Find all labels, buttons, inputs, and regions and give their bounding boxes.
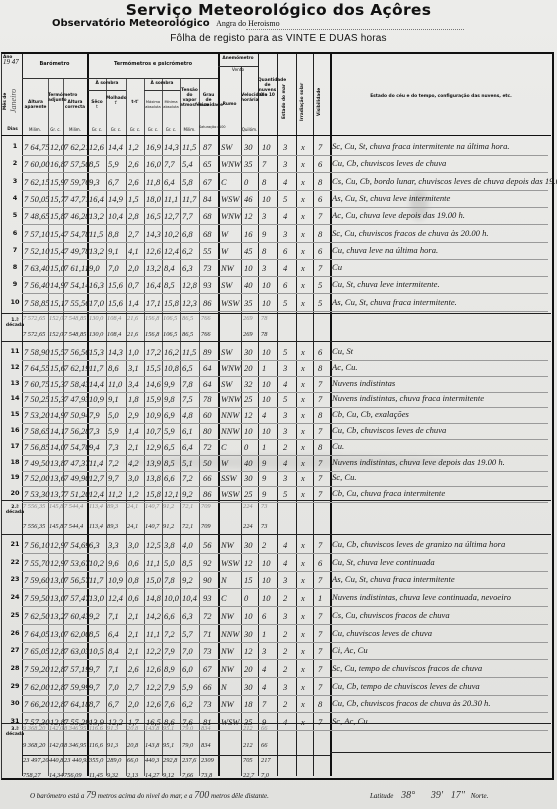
decade-1-draft-sum: 86,5 [182,315,193,322]
day-number: 31 [8,717,22,725]
anemometer-heading: Anemómetro [218,56,258,61]
irradiation-value: x [301,280,305,290]
day-number: 8 [8,263,22,271]
cloud-amount-value: 2 [262,540,266,550]
vapour-tension-value: 6,2 [182,246,193,256]
table-row: 307 66,2012,87 64,188,76,72,012,67,66,27… [0,697,552,713]
decade-2-sum: 91,2 [163,523,174,530]
wind-speed-value: 40 [244,458,253,468]
irradiation-value: x [301,540,305,550]
sea-state-value: 3 [283,142,287,152]
sky-observation-text: Cu, Cb, chuviscos leves de granizo na úl… [332,539,505,549]
wind-speed-value: 18 [244,699,253,709]
sea-state-value: 3 [283,426,287,436]
day-number: 13 [8,379,22,387]
corrected-height-value: 7 62,00 [64,629,90,639]
month-mean: 9,12 [163,772,174,779]
min-temp-value: 7,8 [164,575,175,585]
decade-3-draft-sum: 8 346,95 [64,725,86,732]
min-temp-value: 7,7 [164,159,175,169]
sky-observation-text: Cu, Cb, chuviscos leves de chuva [332,425,446,435]
decade-3-sum-clouds: 66 [261,742,267,749]
decade-2-sum: 145,8 [49,523,63,530]
attached-temp-value: 14,1 [50,426,65,436]
shade-header-1: À sombra [88,81,126,86]
min-temp-value: 5,9 [164,426,175,436]
irradiation-value: x [301,717,305,727]
sea-state-value: 3 [283,410,287,420]
month-mean: 756,09 [64,772,82,779]
apparent-height-value: 7 50,05 [24,194,50,204]
wind-speed-value: 46 [244,194,253,204]
wind-direction-value: C [221,442,227,452]
cloud-amount-value: 10 [262,575,271,585]
humidity-value: 73 [203,646,212,656]
unit-gr: Gr. c. [88,127,106,132]
vapour-tension-value: 11,5 [182,142,196,152]
min-temp-value: 12,4 [164,246,179,256]
row-rule [22,695,548,696]
table-row: 117 58,9015,57 56,5615,314,31,017,216,21… [0,345,552,361]
sky-observation-text: Cu. [332,441,344,451]
min-temp-value: 12,1 [164,489,179,499]
attached-temp-value: 12,8 [50,664,65,674]
temp-difference-value: 2,0 [128,699,139,709]
day-number: 22 [8,558,22,566]
day-number: 10 [8,298,22,306]
dry-temp-value: 15,3 [89,347,104,357]
vapour-tension-value: 8,5 [182,558,193,568]
wet-temp-value: 9,6 [108,558,119,568]
row-rule [22,712,548,713]
decade-1-sum: 21,6 [127,331,138,338]
cloud-amount-value: 6 [262,611,266,621]
month-mean: 14,27 [145,772,159,779]
decade-line [1,341,551,342]
dry-temp-value: 7,3 [89,426,100,436]
attached-temp-value: 12,8 [50,646,65,656]
attached-temp-value: 13,8 [50,458,65,468]
cloud-amount-value: 1 [262,629,266,639]
sea-state-value: 2 [283,699,287,709]
sea-state-value: 3 [283,159,287,169]
max-temp-value: 14,8 [146,593,161,603]
humidity-value: 67 [203,664,212,674]
wind-speed-value: 0 [244,593,248,603]
wind-speed-value: 0 [244,177,248,187]
attached-temp-value: 13,7 [50,489,65,499]
corrected-height-value: 7 56,57 [64,575,90,585]
vapour-tension-value: 11,7 [182,194,196,204]
wind-direction-value: WNW [221,211,241,221]
humidity-value: 60 [203,410,212,420]
apparent-height-value: 7 53,30 [24,489,50,499]
min-temp-value: 6,9 [164,410,175,420]
visibility-value: 8 [318,442,322,452]
table-row: 217 56,1012,97 54,696,33,33,012,53,84,05… [0,538,552,554]
dry-temp-value: 9,7 [89,664,100,674]
month-total-sum: 23 440,93 [64,757,90,764]
day-number: 14 [8,394,22,402]
day-number: 29 [8,682,22,690]
month-total-sum-clouds: 217 [261,757,271,764]
vapour-tension-value: 4,0 [182,540,193,550]
decade-3-draft-sum: 79,0 [182,725,193,732]
sea-state-value: 5 [283,298,287,308]
visibility-value: 6 [318,159,322,169]
max-temp-value: 18,0 [146,194,161,204]
attached-temp-value: 15,5 [50,347,65,357]
day-number: 6 [8,229,22,237]
temp-difference-value: 0,7 [128,280,139,290]
sky-observation-text: Cu, Cb, chuviscos leves de chuva [332,158,446,168]
decade-3-sum: 20,8 [127,742,138,749]
day-number: 19 [8,473,22,481]
table-row: 177 56,8514,07 54,709,47,32,112,96,56,47… [0,440,552,456]
max-temp-value: 10,7 [146,426,161,436]
day-number: 24 [8,593,22,601]
corrected-height-value: 7 57,50 [64,159,90,169]
apparent-height-value: 7 64,75 [24,142,50,152]
wind-direction-value: NW [221,664,234,674]
wind-speed-value: 16 [244,229,253,239]
day-number: 27 [8,646,22,654]
temp-difference-value: 3,0 [128,540,139,550]
header-divider [22,78,218,79]
max-temp-value: 13,2 [146,263,161,273]
corrected-height-value: 7 64,18 [64,699,90,709]
wet-temp-value: 14,4 [108,142,123,152]
min-temp-value: 7,2 [164,629,175,639]
humidity-value: 73 [203,263,212,273]
attached-temp-value: 12,8 [50,699,65,709]
wet-temp-value: 7,0 [108,263,119,273]
dry-temp-value: 6,3 [89,540,100,550]
attached-temp-value: 15,0 [50,263,65,273]
vapour-tension-value: 6,5 [182,363,193,373]
day-number: 4 [8,194,22,202]
day-number: 12 [8,363,22,371]
table-row: 157 53,2014,97 50,947,95,02,910,96,94,86… [0,408,552,424]
decade-2-sum: 709 [201,523,211,530]
decade-1-sum: 108,4 [107,331,121,338]
min-temp-value: 7,6 [164,699,175,709]
corrected-height-value: 7 63,03 [64,646,90,656]
irradiation-value: x [301,263,305,273]
visibility-value: 7 [318,575,322,585]
month-total-sum-wind: 705 [243,757,253,764]
temp-difference-value: 1,4 [128,426,139,436]
humidity-value: 73 [203,699,212,709]
temp-difference-value: 2,0 [128,263,139,273]
max-temp-value: 16,5 [146,211,161,221]
corrected-height-value: 7 57,19 [64,664,90,674]
table-row: 197 52,0013,67 49,9012,79,73,013,86,67,2… [0,471,552,487]
cloud-amount-value: 3 [262,211,266,221]
vapour-tension-value: 12,3 [182,298,197,308]
humidity-value: 92 [203,558,212,568]
max-temp-value: 13,8 [146,473,161,483]
humidity-value: 67 [203,177,212,187]
irradiation-value: x [301,379,305,389]
corrected-height-value: 7 58,43 [64,379,90,389]
sea-state-value: 3 [283,575,287,585]
sky-observation-text: Cu, St [332,346,353,356]
cloud-amount-value: 1 [262,363,266,373]
visibility-value: 6 [318,347,322,357]
day-number: 28 [8,664,22,672]
dry-temp-value: 10,5 [89,646,104,656]
wind-direction-value: WSW [221,558,239,568]
cloud-amount-value: 10 [262,593,271,603]
sea-state-value: 2 [283,664,287,674]
wind-speed-value: 30 [244,629,253,639]
humidity-value: 86 [203,298,212,308]
irradiation-value: x [301,347,305,357]
difference-header: t-t' [126,100,144,105]
dry-temp-value: 12,6 [89,142,104,152]
attached-temp-value: 12,8 [50,682,65,692]
vapour-tension-value: 6,4 [182,442,193,452]
min-temp-value: 12,7 [164,211,179,221]
temp-difference-value: 2,6 [128,664,139,674]
dry-temp-value: 12,4 [89,489,104,499]
header-bottom-line [1,135,551,136]
month-mean: 11,45 [89,772,103,779]
humidity-value: 71 [203,629,212,639]
table-row: 227 55,7012,97 53,6710,29,60,611,15,08,5… [0,556,552,572]
dry-temp-value: 13,2 [89,246,104,256]
max-temp-value: 15,8 [146,489,161,499]
month-mean: 14,34 [49,772,63,779]
humidity-value: 87 [203,142,212,152]
direction-header: Rumo [218,102,241,107]
wind-direction-value: WNW [221,394,241,404]
temp-difference-value: 2,8 [128,211,139,221]
header-divider [144,90,180,91]
wet-temp-value: 7,3 [108,442,119,452]
corrected-height-value: 7 51,20 [64,489,90,499]
unit-mm: Milim. [63,127,87,132]
dry-temp-value: 13,0 [89,593,104,603]
thermometers-heading: Termómetros e psicrómetro [88,62,218,67]
decade-1-sum: 7 572,65 [23,331,45,338]
wet-temp-value: 5,9 [108,426,119,436]
decade-3-draft-sum: 143,8 [145,725,159,732]
sea-state-value: 5 [283,394,287,404]
decade-1-draft-sum: 7 572,65 [23,315,45,322]
wet-temp-value: 10,4 [108,211,123,221]
vapour-tension-value: 4,8 [182,410,193,420]
wet-temp-value: 7,1 [108,664,119,674]
wind-speed-value: 25 [244,394,253,404]
decade-2-sum-wind: 224 [243,523,253,530]
decade-3-draft-sum: 142,0 [49,725,63,732]
decade-1-sum-wind: 269 [243,331,253,338]
sky-observation-text: Nuvens indistintas [332,378,395,388]
min-temp-value: 10,0 [164,593,179,603]
wind-speed-value: 35 [244,159,253,169]
cloud-amount-value: 10 [262,558,271,568]
attached-temp-value: 14,0 [50,442,65,452]
attached-temp-value: 15,6 [50,363,65,373]
irradiation-value: x [301,246,305,256]
sea-state-value: 4 [283,379,287,389]
month-total-sum: 292,8 [163,757,177,764]
dry-temp-value: 7,9 [89,410,100,420]
row-rule [22,276,548,277]
dry-header: Sêcot [88,100,106,110]
decade-2-sum: 89,3 [107,523,118,530]
month-total-sum: 23 497,20 [23,757,49,764]
decade-1-draft-sum: 7 548,85 [64,315,86,322]
vapour-tension-value: 6,8 [182,229,193,239]
sky-observation-text: Ci, Ac, Cu [332,645,368,655]
decade-1-sum-clouds: 78 [261,331,267,338]
irradiation-value: x [301,298,305,308]
wind-direction-value: NW [221,611,234,621]
decade-1-sum: 130,0 [89,331,103,338]
unit-mm: Milim. [22,127,48,132]
attached-temp-value: 13,0 [50,593,65,603]
corrected-height-value: 7 57,47 [64,593,90,603]
wet-temp-value: 11,0 [108,379,122,389]
dry-temp-value: 8,5 [89,159,100,169]
corrected-height-value: 7 60,43 [64,611,90,621]
apparent-height-value: 7 64,05 [24,629,50,639]
visibility-value: 7 [318,682,322,692]
wind-speed-value: 10 [244,611,253,621]
humidity-value: 80 [203,426,212,436]
decade-3-draft-sum: 95,1 [163,725,174,732]
dry-temp-value: 9,2 [89,611,100,621]
max-temp-value: 12,6 [146,246,161,256]
max-temp-value: 14,2 [146,611,161,621]
attached-temp-value: 15,3 [50,379,65,389]
temp-difference-value: 0,6 [128,593,139,603]
sea-state-value: 3 [283,682,287,692]
cloud-amount-value: 10 [262,298,271,308]
visibility-value: 7 [318,211,322,221]
wind-speed-value: 15 [244,575,253,585]
day-number: 2 [8,159,22,167]
irradiation-value: x [301,646,305,656]
decade-2-sum: 140,7 [145,523,159,530]
temp-difference-value: 3,4 [128,379,139,389]
max-temp-value: 16,0 [146,159,161,169]
wet-temp-value: 9,7 [108,473,119,483]
corrected-height-value: 7 49,78 [64,246,90,256]
row-rule [22,242,548,243]
visibility-value: 7 [318,489,322,499]
latitude-seconds: 17" [451,790,465,801]
min-temp-value: 6,5 [164,442,175,452]
decade-1-sum: 766 [201,331,211,338]
day-number: 23 [8,575,22,583]
sea-state-value: 2 [283,629,287,639]
visibility-value: 5 [318,280,322,290]
wind-direction-value: WSW [221,717,239,727]
visibility-value: 8 [318,699,322,709]
vapour-tension-value: 9,2 [182,489,193,499]
decade-1-draft-sum: 152,0 [49,315,63,322]
barometer-height: 79 [86,790,96,801]
table-row: 37 62,1515,97 59,769,36,72,611,86,45,867… [0,175,552,191]
max-temp-value: 12,2 [146,682,161,692]
min-temp-value: 9,8 [164,394,175,404]
table-row: 77 52,1015,47 49,7813,29,14,112,612,46,2… [0,244,552,260]
cloud-amount-value: 9 [262,229,266,239]
sky-observation-text: Sc, Cu, chuviscos fracos de chuva às 20.… [332,228,489,238]
wet-temp-value: 8,8 [108,229,119,239]
visibility-value: 7 [318,142,322,152]
irradiation-value: x [301,458,305,468]
apparent-height-value: 7 55,70 [24,558,50,568]
decade-3-draft-sum-clouds: 66 [261,725,267,732]
month-total-sum: 66,0 [127,757,138,764]
table-row: 57 48,6515,87 46,2813,210,42,816,512,77,… [0,209,552,225]
unit-gr: Gr. c. [48,127,63,132]
day-number: 16 [8,426,22,434]
vapour-tension-value: 12,8 [182,280,197,290]
row-rule [22,207,548,208]
attached-temp-value: 15,4 [50,246,65,256]
month-total-sum: 237,6 [182,757,196,764]
min-temp-value: 10,2 [164,229,179,239]
dry-temp-value: 11,7 [89,363,103,373]
cloud-amount-value: 10 [262,394,271,404]
cloud-amount-value: 4 [262,664,266,674]
wet-temp-value: 12,4 [108,593,123,603]
attached-temp-value: 13,2 [50,611,65,621]
decade-3-sum: 834 [201,742,211,749]
wet-temp-value: 15,6 [108,280,123,290]
temp-difference-value: 1,5 [128,194,139,204]
decade-3-sum: 142,0 [49,742,63,749]
cloud-amount-value: 7 [262,699,266,709]
sky-observation-text: As, Cu, St, chuva leve intermitente [332,193,450,203]
humidity-value: 66 [203,682,212,692]
cloud-amount-value: 7 [262,159,266,169]
cloud-amount-value: 4 [262,682,266,692]
visibility-value: 7 [318,379,322,389]
visibility-header: Visibilidade [317,82,325,122]
table-row: 137 60,7515,37 58,4314,411,03,414,69,97,… [0,377,552,393]
sky-observation-text: Nuvens indistintas, chuva leve depois da… [332,457,505,467]
corrected-height-value: 7 59,76 [64,177,90,187]
temp-difference-value: 2,7 [128,229,139,239]
month-total-sum: 440,3 [145,757,159,764]
apparent-height-value: 7 56,85 [24,442,50,452]
cloud-amount-value: 1 [262,442,266,452]
table-row: 67 57,1015,47 54,7811,58,82,714,310,26,8… [0,227,552,243]
sheet-title: Fôlha de registo para as VINTE E DUAS ho… [0,33,557,44]
vapour-tension-value: 5,8 [182,177,193,187]
apparent-height-value: 7 65,05 [24,646,50,656]
temp-difference-value: 0,6 [128,558,139,568]
sea-state-value: 6 [283,246,287,256]
apparent-height-value: 7 56,10 [24,540,50,550]
apparent-height-value: 7 48,65 [24,211,50,221]
corrected-height-value: 7 56,56 [64,347,90,357]
solar-irradiation-header: Irradiação solar [300,78,308,126]
decade-2-sum: 113,4 [89,523,103,530]
table-row: 287 59,2012,87 57,199,77,12,612,68,96,06… [0,662,552,678]
max-temp-value: 11,1 [146,558,160,568]
min-temp-value: 14,3 [164,142,179,152]
day-number: 20 [8,489,22,497]
irradiation-value: x [301,558,305,568]
